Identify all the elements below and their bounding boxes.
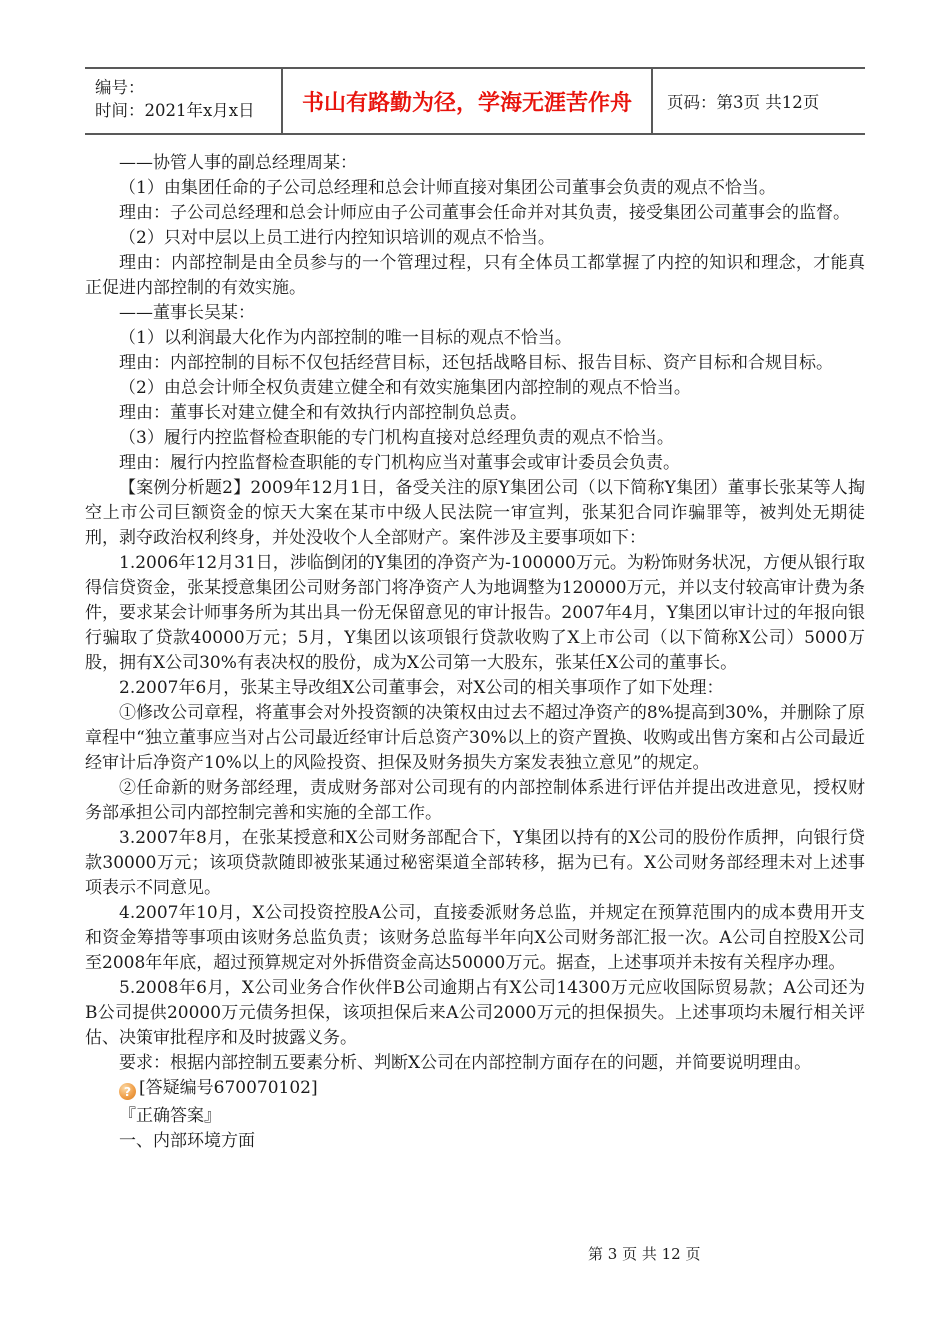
header-page-label: 页码：第3页 共12页 (667, 89, 819, 113)
paragraph: 4.2007年10月，X公司投资控股A公司，直接委派财务总监，并规定在预算范围内… (85, 901, 865, 976)
paragraph: 理由：内部控制是由全员参与的一个管理过程，只有全体员工都掌握了内控的知识和理念，… (85, 251, 865, 301)
paragraph: （3）履行内控监督检查职能的专门机构直接对总经理负责的观点不恰当。 (85, 426, 865, 451)
page-footer: 第 3 页 共 12 页 (588, 1243, 700, 1264)
paragraph: 3.2007年8月，在张某授意和X公司财务部配合下，Y集团以持有的X公司的股份作… (85, 826, 865, 901)
help-icon[interactable]: ? (119, 1083, 136, 1100)
paragraph: ②任命新的财务部经理，责成财务部对公司现有的内部控制体系进行评估并提出改进意见，… (85, 776, 865, 826)
header-motto-text: 书山有路勤为径，学海无涯苦作舟 (302, 86, 632, 117)
header-number-date-cell: 编号： 时间：2021年x月x日 (85, 69, 281, 133)
paragraph: ①修改公司章程，将董事会对外投资额的决策权由过去不超过净资产的8%提高到30%，… (85, 701, 865, 776)
document-body: ——协管人事的副总经理周某： （1）由集团任命的子公司总经理和总会计师直接对集团… (85, 151, 865, 1154)
paragraph: （1）由集团任命的子公司总经理和总会计师直接对集团公司董事会负责的观点不恰当。 (85, 176, 865, 201)
paragraph: 理由：履行内控监督检查职能的专门机构应当对董事会或审计委员会负责。 (85, 451, 865, 476)
qa-reference-line: ?[答疑编号670070102] (85, 1076, 865, 1101)
header-date-label: 时间：2021年x月x日 (95, 99, 277, 122)
paragraph: （2）由总会计师全权负责建立健全和有效实施集团内部控制的观点不恰当。 (85, 376, 865, 401)
paragraph: 【案例分析题2】2009年12月1日，备受关注的原Y集团公司（以下简称Y集团）董… (85, 476, 865, 551)
paragraph: 1.2006年12月31日，涉临倒闭的Y集团的净资产为-100000万元。为粉饰… (85, 551, 865, 676)
paragraph: 理由：董事长对建立健全和有效执行内部控制负总责。 (85, 401, 865, 426)
header-page-cell: 页码：第3页 共12页 (653, 69, 865, 133)
paragraph: ——董事长吴某： (85, 301, 865, 326)
paragraph: 理由：子公司总经理和总会计师应由子公司董事会任命并对其负责，接受集团公司董事会的… (85, 201, 865, 226)
paragraph: （1）以利润最大化作为内部控制的唯一目标的观点不恰当。 (85, 326, 865, 351)
paragraph: 要求：根据内部控制五要素分析、判断X公司在内部控制方面存在的问题，并简要说明理由… (85, 1051, 865, 1076)
header-motto-cell: 书山有路勤为径，学海无涯苦作舟 (281, 69, 653, 133)
document-page: 编号： 时间：2021年x月x日 书山有路勤为径，学海无涯苦作舟 页码：第3页 … (0, 0, 950, 1344)
paragraph: 理由：内部控制的目标不仅包括经营目标，还包括战略目标、报告目标、资产目标和合规目… (85, 351, 865, 376)
answer-item: 一、内部环境方面 (85, 1129, 865, 1154)
document-header-table: 编号： 时间：2021年x月x日 书山有路勤为径，学海无涯苦作舟 页码：第3页 … (85, 67, 865, 135)
paragraph: 5.2008年6月，X公司业务合作伙伴B公司逾期占有X公司14300万元应收国际… (85, 976, 865, 1051)
paragraph: ——协管人事的副总经理周某： (85, 151, 865, 176)
qa-reference-label: [答疑编号670070102] (139, 1078, 318, 1098)
answer-heading: 『正确答案』 (85, 1104, 865, 1129)
header-number-label: 编号： (95, 76, 277, 99)
paragraph: （2）只对中层以上员工进行内控知识培训的观点不恰当。 (85, 226, 865, 251)
paragraph: 2.2007年6月，张某主导改组X公司董事会，对X公司的相关事项作了如下处理： (85, 676, 865, 701)
